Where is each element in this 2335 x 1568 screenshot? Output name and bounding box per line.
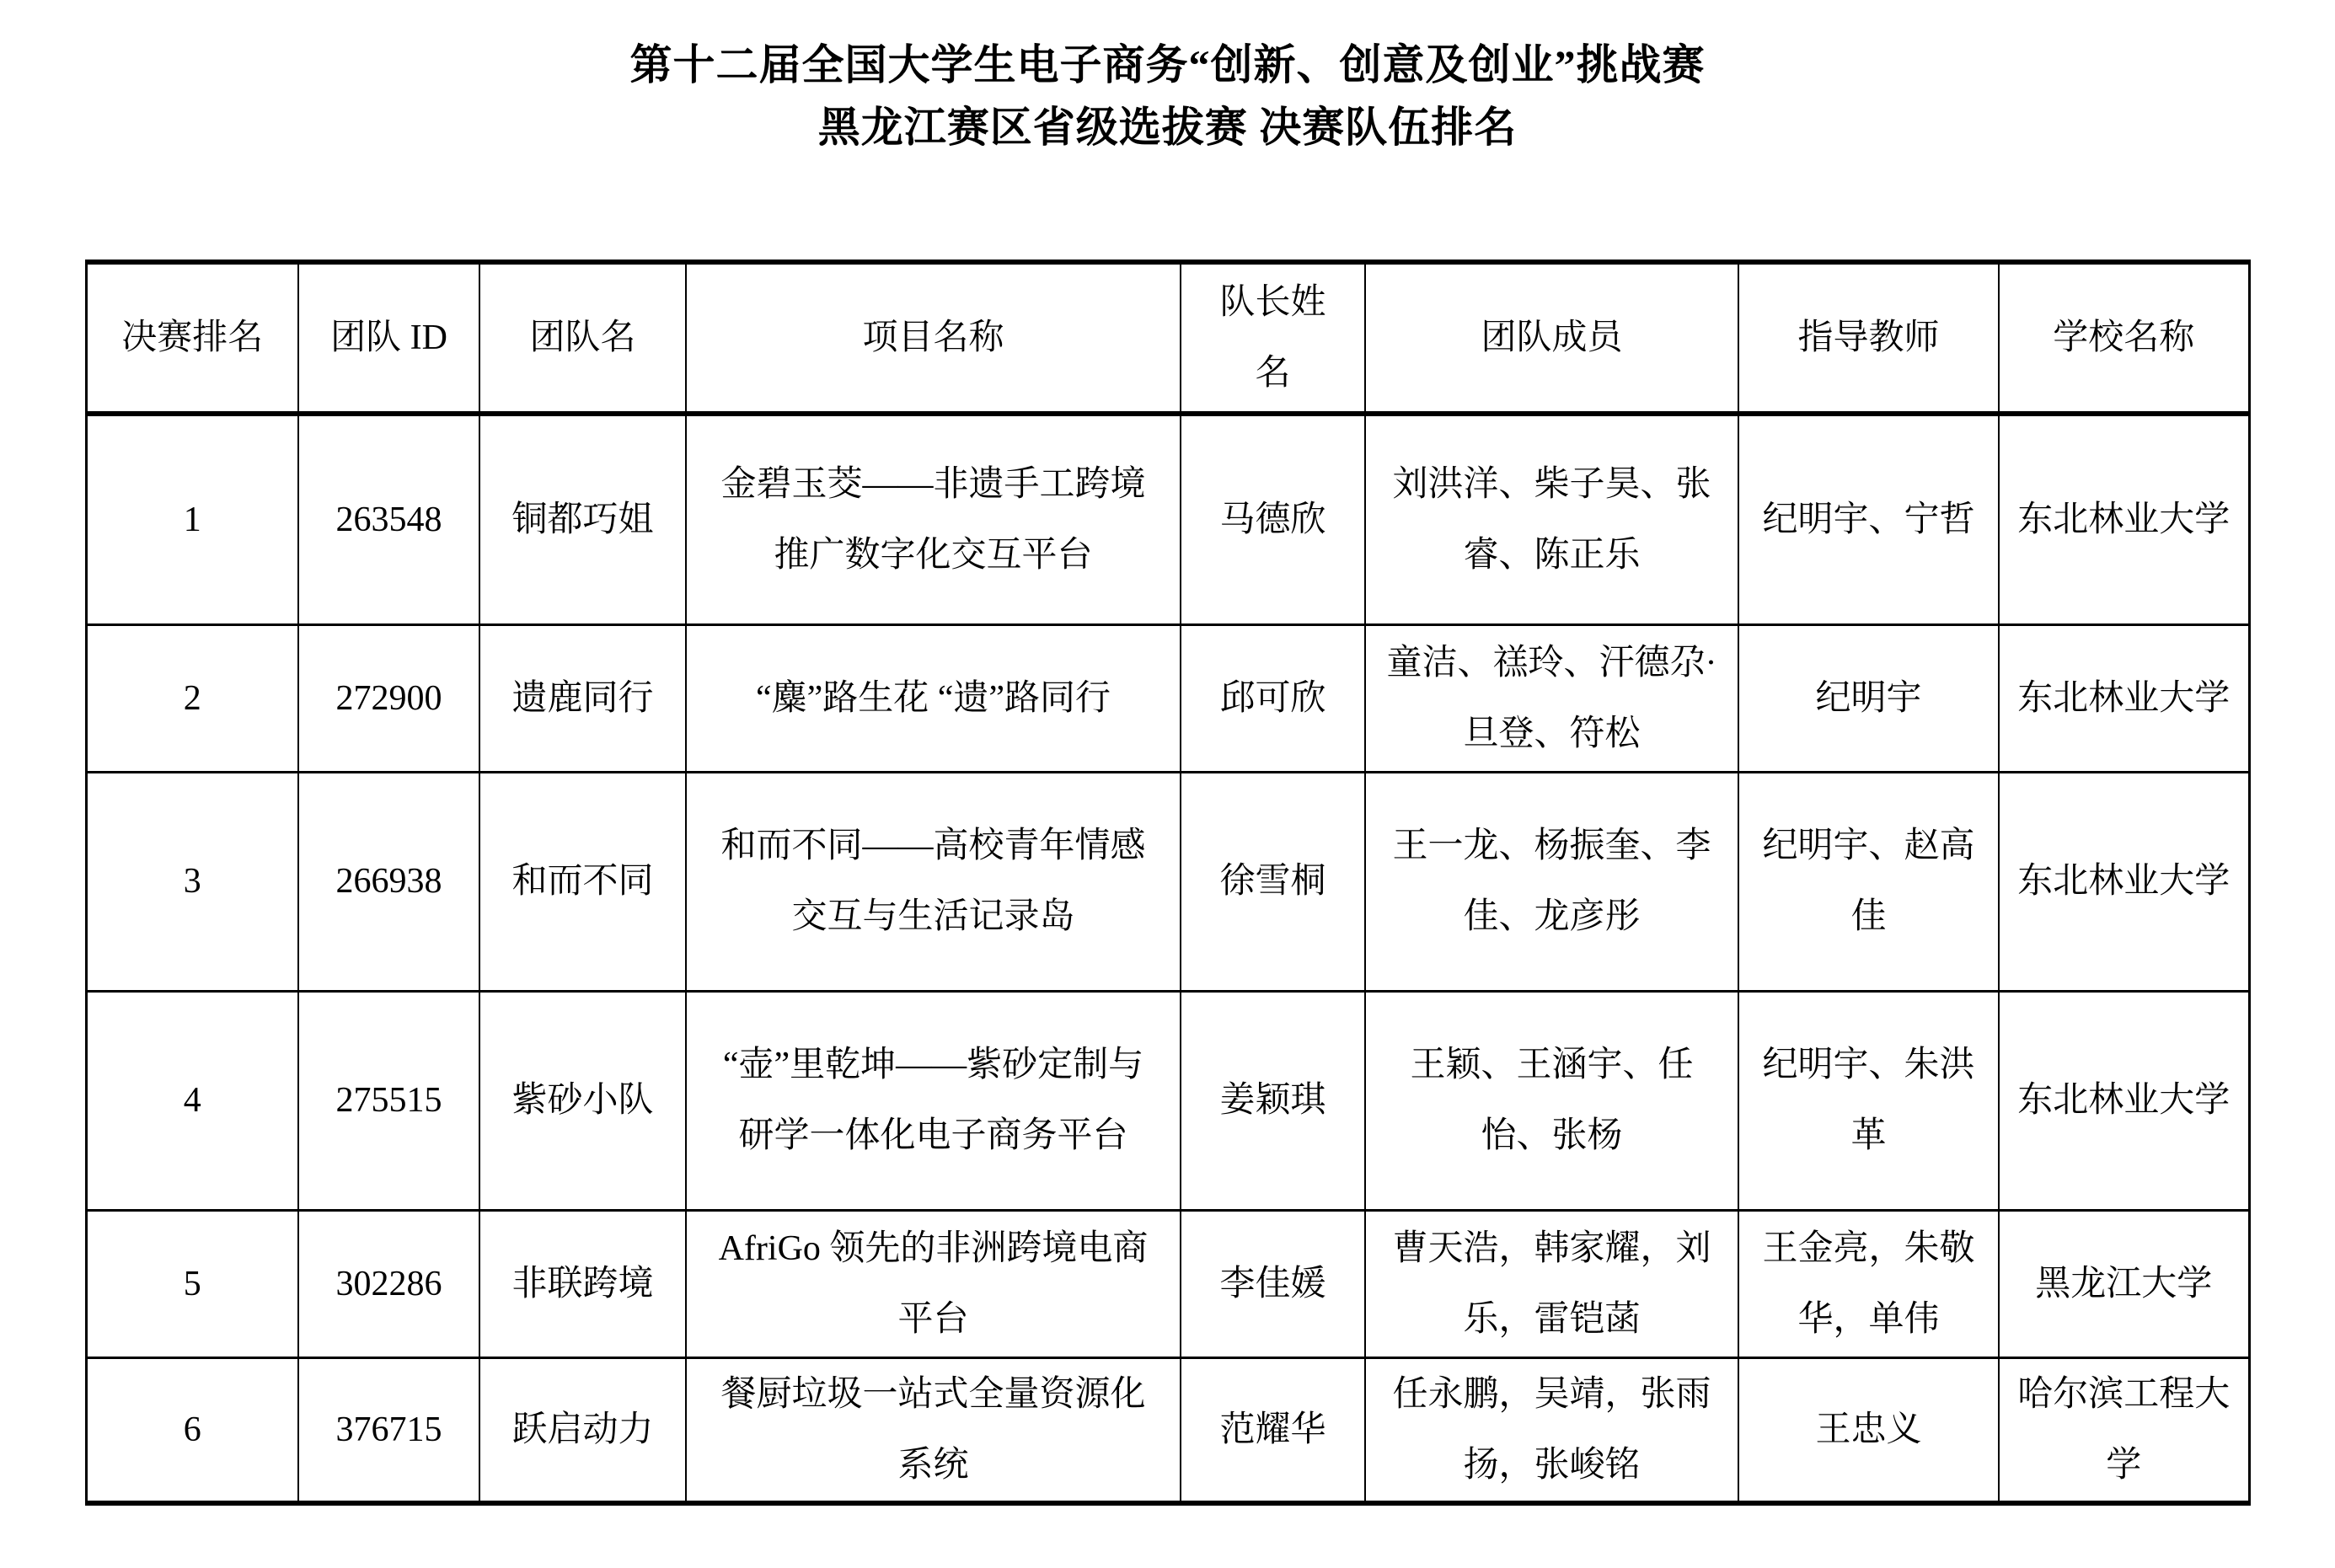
- cell-team-members: 曹天浩，韩家耀，刘乐，雷铠菡: [1365, 1210, 1738, 1357]
- cell-project-name: AfriGo 领先的非洲跨境电商平台: [686, 1210, 1181, 1357]
- cell-captain-name: 李佳媛: [1181, 1210, 1365, 1357]
- cell-advisor: 纪明宇、宁哲: [1738, 414, 1999, 624]
- cell-team-name: 遗鹿同行: [479, 624, 686, 772]
- cell-captain-name: 徐雪桐: [1181, 772, 1365, 991]
- header-school-name: 学校名称: [1999, 262, 2249, 414]
- cell-team-id: 272900: [298, 624, 479, 772]
- cell-project-name: 餐厨垃圾一站式全量资源化系统: [686, 1357, 1181, 1503]
- table-row: 1 263548 铜都巧姐 金碧玉茭——非遗手工跨境推广数字化交互平台 马德欣 …: [86, 414, 2249, 624]
- table-row: 5 302286 非联跨境 AfriGo 领先的非洲跨境电商平台 李佳媛 曹天浩…: [86, 1210, 2249, 1357]
- cell-advisor: 纪明宇、朱洪革: [1738, 991, 1999, 1210]
- cell-advisor: 纪明宇、赵高佳: [1738, 772, 1999, 991]
- cell-final-rank: 1: [86, 414, 298, 624]
- cell-team-members: 任永鹏，吴靖，张雨扬，张峻铭: [1365, 1357, 1738, 1503]
- title-line-1: 第十二届全国大学生电子商务“创新、创意及创业”挑战赛: [0, 34, 2335, 96]
- cell-school-name: 东北林业大学: [1999, 991, 2249, 1210]
- header-team-members: 团队成员: [1365, 262, 1738, 414]
- header-team-id: 团队 ID: [298, 262, 479, 414]
- header-advisor: 指导教师: [1738, 262, 1999, 414]
- cell-project-name: “壶”里乾坤——紫砂定制与研学一体化电子商务平台: [686, 991, 1181, 1210]
- table-row: 4 275515 紫砂小队 “壶”里乾坤——紫砂定制与研学一体化电子商务平台 姜…: [86, 991, 2249, 1210]
- cell-project-name: “麋”路生花 “遗”路同行: [686, 624, 1181, 772]
- cell-team-name: 和而不同: [479, 772, 686, 991]
- header-team-name: 团队名: [479, 262, 686, 414]
- cell-final-rank: 3: [86, 772, 298, 991]
- cell-team-name: 非联跨境: [479, 1210, 686, 1357]
- table-row: 2 272900 遗鹿同行 “麋”路生花 “遗”路同行 邱可欣 童洁、禚玲、汗德…: [86, 624, 2249, 772]
- cell-school-name: 东北林业大学: [1999, 624, 2249, 772]
- cell-school-name: 东北林业大学: [1999, 772, 2249, 991]
- header-captain-name: 队长姓名: [1181, 262, 1365, 414]
- cell-team-id: 376715: [298, 1357, 479, 1503]
- header-project-name: 项目名称: [686, 262, 1181, 414]
- cell-school-name: 黑龙江大学: [1999, 1210, 2249, 1357]
- cell-team-name: 紫砂小队: [479, 991, 686, 1210]
- cell-final-rank: 6: [86, 1357, 298, 1503]
- table-row: 3 266938 和而不同 和而不同——高校青年情感交互与生活记录岛 徐雪桐 王…: [86, 772, 2249, 991]
- cell-team-id: 302286: [298, 1210, 479, 1357]
- header-final-rank: 决赛排名: [86, 262, 298, 414]
- table-row: 6 376715 跃启动力 餐厨垃圾一站式全量资源化系统 范耀华 任永鹏，吴靖，…: [86, 1357, 2249, 1503]
- cell-project-name: 金碧玉茭——非遗手工跨境推广数字化交互平台: [686, 414, 1181, 624]
- cell-school-name: 哈尔滨工程大学: [1999, 1357, 2249, 1503]
- cell-team-id: 263548: [298, 414, 479, 624]
- cell-captain-name: 姜颖琪: [1181, 991, 1365, 1210]
- cell-team-name: 铜都巧姐: [479, 414, 686, 624]
- cell-final-rank: 5: [86, 1210, 298, 1357]
- cell-project-name: 和而不同——高校青年情感交互与生活记录岛: [686, 772, 1181, 991]
- cell-team-members: 王颖、王涵宇、任怡、张杨: [1365, 991, 1738, 1210]
- cell-team-id: 275515: [298, 991, 479, 1210]
- cell-advisor: 纪明宇: [1738, 624, 1999, 772]
- cell-captain-name: 邱可欣: [1181, 624, 1365, 772]
- cell-team-members: 王一龙、杨振奎、李佳、龙彦彤: [1365, 772, 1738, 991]
- cell-final-rank: 4: [86, 991, 298, 1210]
- table-header-row: 决赛排名 团队 ID 团队名 项目名称 队长姓名 团队成员 指导教师 学校名称: [86, 262, 2249, 414]
- cell-team-members: 童洁、禚玲、汗德尕·旦登、符松: [1365, 624, 1738, 772]
- cell-team-members: 刘洪洋、柴子昊、张睿、陈正乐: [1365, 414, 1738, 624]
- cell-team-name: 跃启动力: [479, 1357, 686, 1503]
- cell-advisor: 王忠义: [1738, 1357, 1999, 1503]
- cell-advisor: 王金亮，朱敬华，单伟: [1738, 1210, 1999, 1357]
- cell-captain-name: 范耀华: [1181, 1357, 1365, 1503]
- cell-team-id: 266938: [298, 772, 479, 991]
- cell-final-rank: 2: [86, 624, 298, 772]
- document-title: 第十二届全国大学生电子商务“创新、创意及创业”挑战赛 黑龙江赛区省级选拔赛 决赛…: [0, 0, 2335, 158]
- title-line-2: 黑龙江赛区省级选拔赛 决赛队伍排名: [0, 96, 2335, 158]
- document-page: 第十二届全国大学生电子商务“创新、创意及创业”挑战赛 黑龙江赛区省级选拔赛 决赛…: [0, 0, 2335, 1568]
- ranking-table: 决赛排名 团队 ID 团队名 项目名称 队长姓名 团队成员 指导教师 学校名称 …: [85, 260, 2251, 1506]
- cell-captain-name: 马德欣: [1181, 414, 1365, 624]
- cell-school-name: 东北林业大学: [1999, 414, 2249, 624]
